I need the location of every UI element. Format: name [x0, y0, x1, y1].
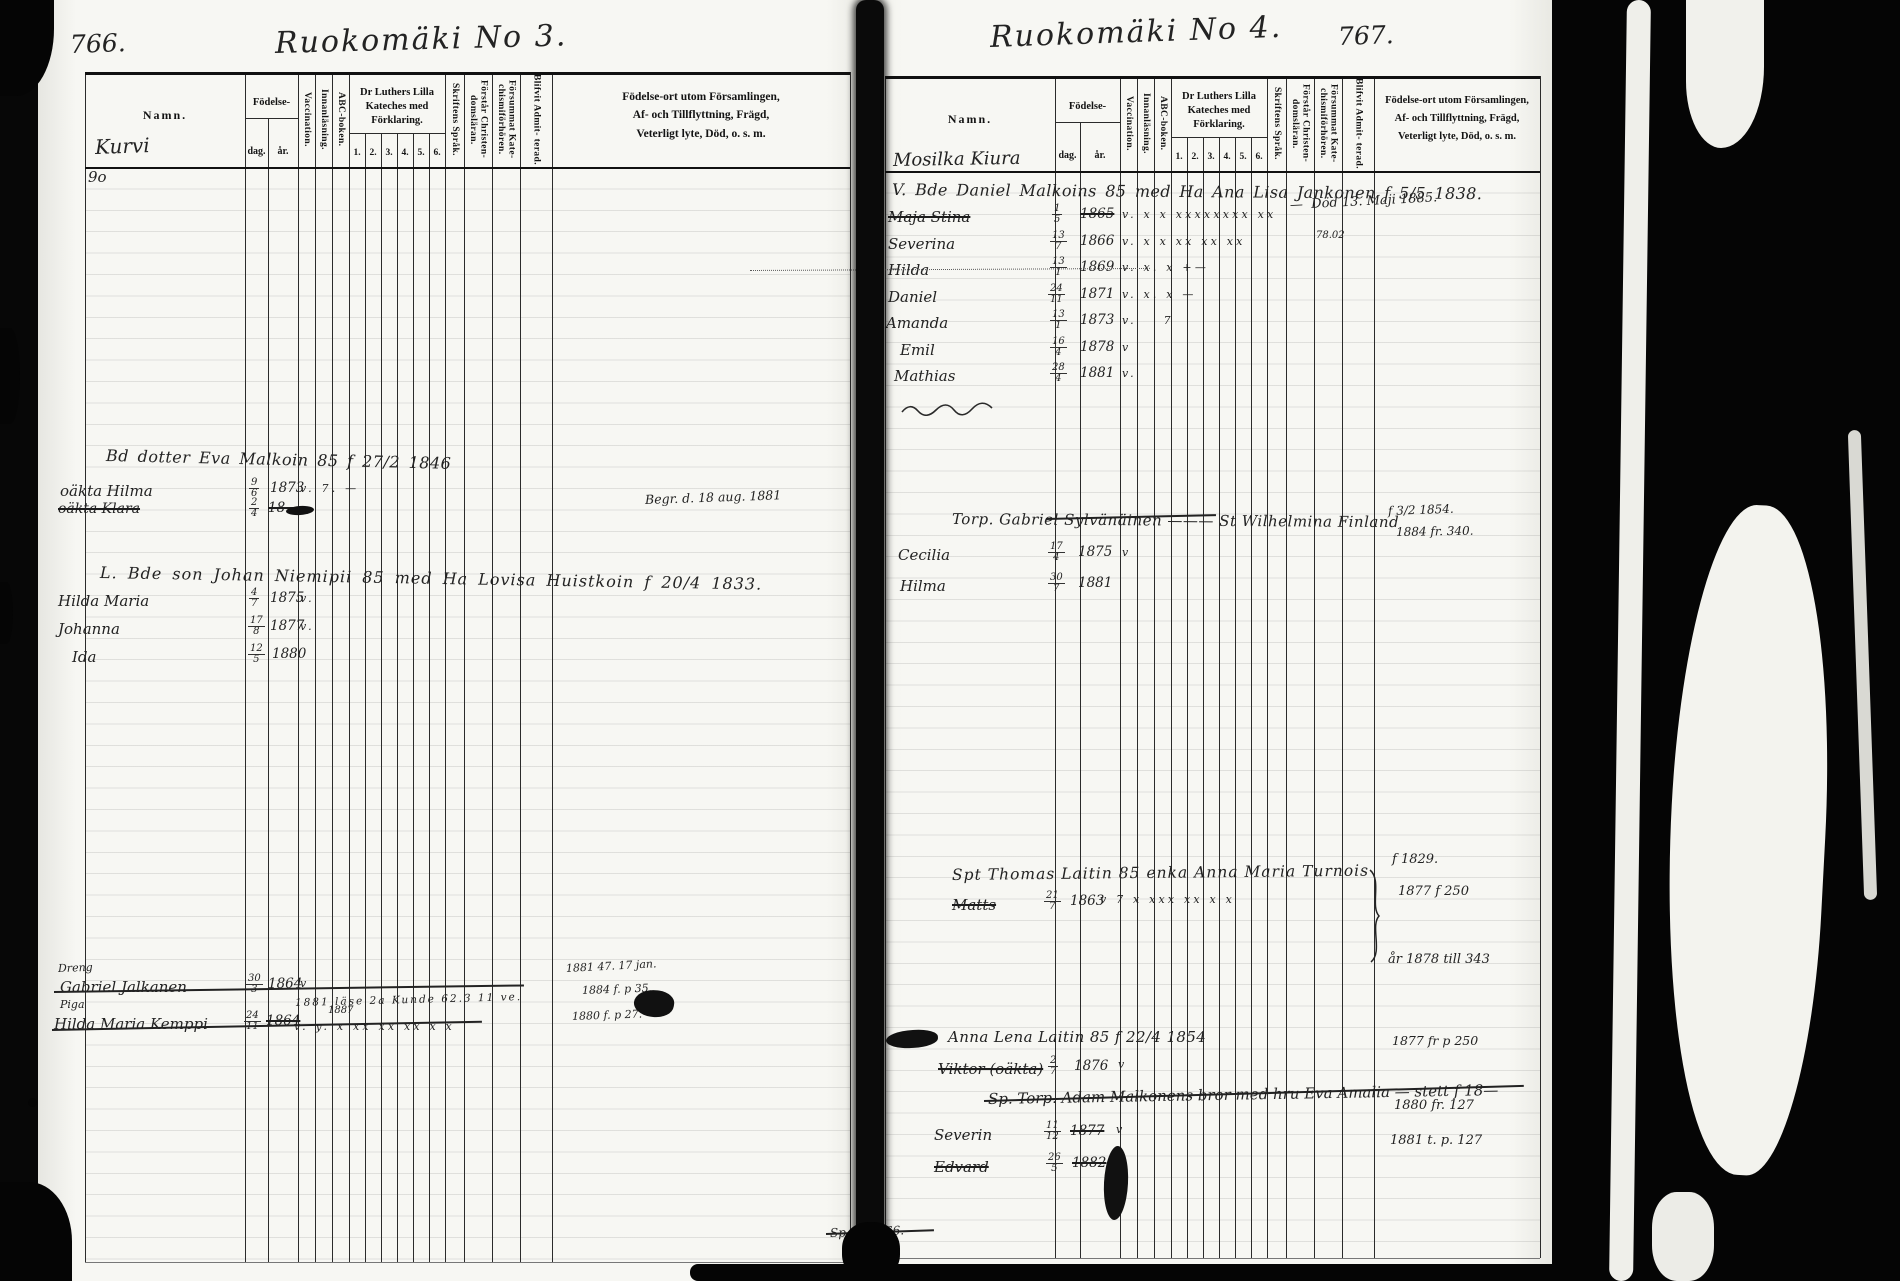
grid-line	[413, 133, 414, 1263]
right-family1-row5-marks: v. 7	[1122, 314, 1174, 327]
left-header-fodelse: Födelse-	[245, 97, 298, 108]
right-family1-row4-birthdate: 2411	[1048, 284, 1065, 305]
left-family2-row2-marks: v.	[300, 620, 315, 633]
grid-line	[1540, 76, 1541, 1258]
grid-line	[1286, 76, 1287, 1258]
left-family2-row1-marks: v.	[300, 592, 315, 605]
left-header-forstar-christendomslaran: Förstår Christen- domsläran.	[464, 74, 492, 165]
left-family3-row2-marks-top: 1887	[328, 1005, 353, 1016]
grid-line	[1314, 76, 1315, 1258]
left-page-ruled-lines	[85, 167, 850, 1262]
right-family4-row1-year: 1876	[1074, 1058, 1108, 1074]
right-header-k2: 2.	[1187, 152, 1203, 162]
grid-line	[1171, 137, 1267, 138]
right-header-fodelseort-line3: Veterligt lyte, Död, o. s. m.	[1374, 128, 1540, 146]
right-family1-row6-marks: v	[1122, 341, 1131, 354]
left-header-vaccination: Vaccination.	[298, 74, 315, 165]
left-family2-row3-year: 1880	[272, 646, 306, 662]
grid-line	[397, 133, 398, 1263]
left-page-number: 766.	[69, 28, 126, 59]
left-family3-margin-note-3: 1880 f. p 27.	[572, 1008, 643, 1023]
right-header-kateches-line2: Kateches med	[1171, 104, 1267, 118]
right-family3-row1-name: Matts	[952, 896, 996, 914]
left-header-namn: Namn.	[85, 108, 245, 123]
left-family1-row1-name: oäkta Hilma	[60, 482, 153, 500]
left-header-fodelseort-line3: Veterligt lyte, Död, o. s. m.	[552, 125, 850, 143]
right-header-ar: år.	[1080, 150, 1120, 161]
grid-line	[365, 133, 366, 1263]
left-family1-row2-name: oäkta Klara	[58, 501, 140, 517]
right-family1-row7-name: Mathias	[894, 367, 955, 385]
brace-mark	[1366, 868, 1386, 964]
right-family3-margin-note-2: år 1878 till 343	[1388, 952, 1490, 967]
right-family4-row3-birthdate: 265	[1046, 1153, 1063, 1174]
grid-line	[464, 72, 465, 1263]
right-family2-row1-marks: v	[1122, 546, 1131, 559]
scribble-mark	[900, 400, 1000, 416]
left-header-skriftens-sprak: Skriftens Språk.	[445, 74, 464, 165]
grid-line	[885, 1258, 1540, 1259]
grid-line	[885, 76, 1540, 79]
left-family2-row1-name: Hilda Maria	[58, 592, 149, 610]
right-family2-row1-year: 1875	[1078, 544, 1112, 560]
grid-line	[85, 167, 850, 169]
page-edge-highlight	[1652, 1192, 1714, 1281]
right-family3-margin-note-1: 1877 f 250	[1398, 884, 1469, 899]
right-family1-row5-birthdate: 131	[1050, 310, 1067, 331]
right-family4-row2-name: Severin	[934, 1126, 992, 1144]
left-header-dag: dag.	[245, 146, 268, 157]
right-family4-row1-birthdate: 27	[1048, 1056, 1058, 1077]
right-family4-row3-name: Edvard	[934, 1158, 989, 1176]
right-header-kateches-line1: Dr Luthers Lilla	[1171, 90, 1267, 104]
right-page-number: 767.	[1337, 20, 1394, 51]
left-header-abc-boken: ABC-boken.	[332, 74, 349, 165]
left-header-innanlasning: Innanläsning.	[315, 74, 332, 165]
right-family1-row3-year: 1869	[1080, 259, 1114, 275]
scan-bottom-strip	[690, 1264, 1560, 1281]
right-header-fodelse: Födelse-	[1055, 101, 1120, 112]
scanned-parish-register: 766. Ruokomäki No 3. Namn. Födelse- dag.…	[0, 0, 1900, 1281]
left-header-k2: 2.	[365, 148, 381, 158]
right-header-kateches-line3: Förklaring.	[1171, 118, 1267, 132]
left-header-kateches-line3: Förklaring.	[349, 114, 445, 128]
left-family3-row1-birthdate: 303	[246, 974, 263, 995]
right-header-fodelseort-line1: Födelse-ort utom Församlingen,	[1374, 92, 1540, 110]
grid-line	[850, 72, 851, 1263]
right-family4-row2-marks: v	[1116, 1123, 1125, 1136]
right-farm-name-script: Mosilka Kiura	[893, 148, 1021, 171]
grid-line	[1137, 76, 1138, 1258]
right-header-k4: 4.	[1219, 152, 1235, 162]
grid-line	[552, 72, 553, 1263]
right-family1-row4-marks: v. x. x —	[1122, 288, 1197, 301]
grid-line	[349, 72, 350, 1263]
right-family1-row6-birthdate: 164	[1050, 337, 1067, 358]
right-family2-row2-birthdate: 307	[1048, 573, 1065, 594]
right-family3-row1-marks: v 7 x xxx xx x x	[1100, 893, 1235, 906]
grid-line	[315, 72, 316, 1263]
right-header-dag: dag.	[1055, 150, 1080, 161]
right-family4-margin-note-2: 1880 fr. 127	[1394, 1098, 1474, 1113]
right-header-vaccination: Vaccination.	[1120, 78, 1137, 169]
grid-line	[1154, 76, 1155, 1258]
right-family1-row2-birthdate: 137	[1050, 231, 1067, 252]
grid-line	[245, 118, 298, 119]
right-header-k3: 3.	[1203, 152, 1219, 162]
grid-line	[429, 133, 430, 1263]
grid-line	[1171, 76, 1172, 1258]
grid-line	[520, 72, 521, 1263]
right-header-forstar-christendomslaran: Förstår Christen- domsläran.	[1286, 78, 1314, 169]
right-header-k6: 6.	[1251, 152, 1267, 162]
right-family1-row1-marks: v. x x xxxxxxxx xx	[1122, 208, 1276, 221]
scan-edge-blob	[0, 328, 20, 424]
book-fold-shadow	[856, 0, 884, 1281]
scan-speck	[28, 1098, 37, 1107]
left-header-k4: 4.	[397, 148, 413, 158]
right-family4-margin-note-1: 1877 fr p 250	[1392, 1033, 1478, 1048]
grid-line	[85, 1262, 850, 1263]
left-header-fodelseort-line2: Af- och Tillflyttning, Frägd,	[552, 106, 850, 124]
right-family1-row5-name: Amanda	[886, 314, 948, 332]
grid-line	[349, 133, 445, 134]
right-header-skriftens-sprak: Skriftens Språk.	[1267, 78, 1286, 169]
grid-line	[1342, 76, 1343, 1258]
left-family2-row3-birthdate: 125	[248, 644, 265, 665]
left-header-ar: år.	[268, 146, 298, 157]
right-header-innanlasning: Innanläsning.	[1137, 78, 1154, 169]
grid-line	[381, 133, 382, 1263]
right-family1-row7-year: 1881	[1080, 365, 1114, 381]
grid-line	[445, 72, 446, 1263]
left-header-k5: 5.	[413, 148, 429, 158]
grid-line	[1374, 76, 1375, 1258]
grid-line	[885, 171, 1540, 173]
right-family1-row1-name: Maja Stina	[888, 208, 970, 226]
left-header-kateches-line2: Kateches med	[349, 100, 445, 114]
left-header-k6: 6.	[429, 148, 445, 158]
right-family1-row7-birthdate: 284	[1050, 363, 1067, 384]
left-header-fodelseort-line1: Födelse-ort utom Församlingen,	[552, 88, 850, 106]
right-family2-head: Torp. Gabriel Sylvänäinen ——— St Wilhelm…	[952, 510, 1399, 531]
left-family1-row1-marks: v. 7. —	[300, 482, 359, 495]
grid-line	[245, 72, 246, 1263]
grid-line	[298, 72, 299, 1263]
left-header-forsummat-katechismiforhoren: Försummat Kate- chismiförhören.	[492, 74, 520, 165]
right-header-blifvit-admitterad: Blifvit Admit- terad.	[1342, 78, 1374, 169]
left-family2-row2-birthdate: 178	[248, 616, 265, 637]
right-family1-row2-year: 1866	[1080, 233, 1114, 249]
grid-line	[1267, 76, 1268, 1258]
right-family1-row5-year: 1873	[1080, 312, 1114, 328]
grid-line	[268, 118, 269, 1263]
right-family1-row2-name: Severina	[888, 235, 955, 253]
right-header-abc-boken: ABC-boken.	[1154, 78, 1171, 169]
right-family1-row7-marks: v.	[1122, 367, 1137, 380]
right-header-fodelseort-line2: Af- och Tillflyttning, Frägd,	[1374, 110, 1540, 128]
left-corner-mark: 9o	[88, 168, 107, 186]
right-header-namn: Namn.	[885, 112, 1055, 127]
right-family4-row3-year: 1882	[1072, 1155, 1106, 1171]
grid-line	[492, 72, 493, 1263]
right-family1-row6-year: 1878	[1080, 339, 1114, 355]
right-family1-row4-year: 1871	[1080, 286, 1114, 302]
grid-line	[1055, 122, 1120, 123]
right-family4-row2-birthdate: 1112	[1044, 1121, 1061, 1142]
right-family4-row2-year: 1877	[1070, 1123, 1104, 1139]
left-header-blifvit-admitterad: Blifvit Admit- terad.	[520, 74, 552, 165]
right-family1-row2-extra-mark: 78.02	[1316, 230, 1345, 241]
left-header-k1: 1.	[349, 148, 365, 158]
left-header-kateches-line1: Dr Luthers Lilla	[349, 86, 445, 100]
left-family3-small-mark: Piga	[60, 998, 85, 1011]
grid-line	[1055, 76, 1056, 1258]
right-family2-row2-name: Hilma	[900, 577, 946, 595]
right-family2-margin-note-2: 1884 fr. 340.	[1396, 524, 1474, 539]
right-family3-row1-birthdate: 217	[1044, 891, 1061, 912]
right-family1-row6-name: Emil	[900, 341, 935, 359]
right-family1-row4-name: Daniel	[888, 288, 937, 306]
right-family4-margin-note-3: 1881 t. p. 127	[1390, 1133, 1482, 1148]
right-header-k1: 1.	[1171, 152, 1187, 162]
left-family2-row3-name: Ida	[72, 648, 96, 666]
right-family4-row1-name: Viktor (oäkta)	[938, 1060, 1043, 1078]
right-family1-row1-year: 1865	[1080, 206, 1114, 222]
left-family3-row2-name: Hilda Maria Kemppi	[54, 1015, 208, 1033]
grid-line	[332, 72, 333, 1263]
left-family2-row2-name: Johanna	[58, 620, 120, 638]
left-header-k3: 3.	[381, 148, 397, 158]
grid-line	[1120, 76, 1121, 1258]
right-family1-row1-birthdate: 15	[1052, 204, 1062, 225]
right-family2-row1-birthdate: 174	[1048, 542, 1065, 563]
right-family1-row2-marks: v. x x xx xx xx	[1122, 235, 1246, 248]
left-family3-row2-birthdate: 2411	[244, 1011, 261, 1032]
left-family1-row2-birthdate: 24	[249, 498, 259, 519]
right-family3-head-tail: f 1829.	[1392, 852, 1438, 867]
right-family2-row1-name: Cecilia	[898, 546, 950, 564]
right-header-forsummat-katechismiforhoren: Försummat Kate- chismiförhören.	[1314, 78, 1342, 169]
left-family2-row1-birthdate: 47	[249, 588, 259, 609]
left-farm-name-script: Kurvi	[95, 133, 150, 159]
right-family4-head: Anna Lena Laitin 85 f 22/4 1854	[948, 1028, 1206, 1046]
right-family2-row2-year: 1881	[1078, 575, 1112, 591]
right-family4-row1-marks: v	[1118, 1058, 1127, 1071]
left-family3-row1-name: Gabriel Jalkanen	[60, 978, 187, 996]
grid-line	[85, 72, 86, 1263]
right-header-k5: 5.	[1235, 152, 1251, 162]
right-family2-margin-note-1: f 3/2 1854.	[1388, 502, 1454, 518]
scan-edge-blob	[0, 582, 13, 644]
grid-line	[885, 76, 886, 1258]
left-family3-occupation-mark: Dreng	[58, 961, 93, 975]
